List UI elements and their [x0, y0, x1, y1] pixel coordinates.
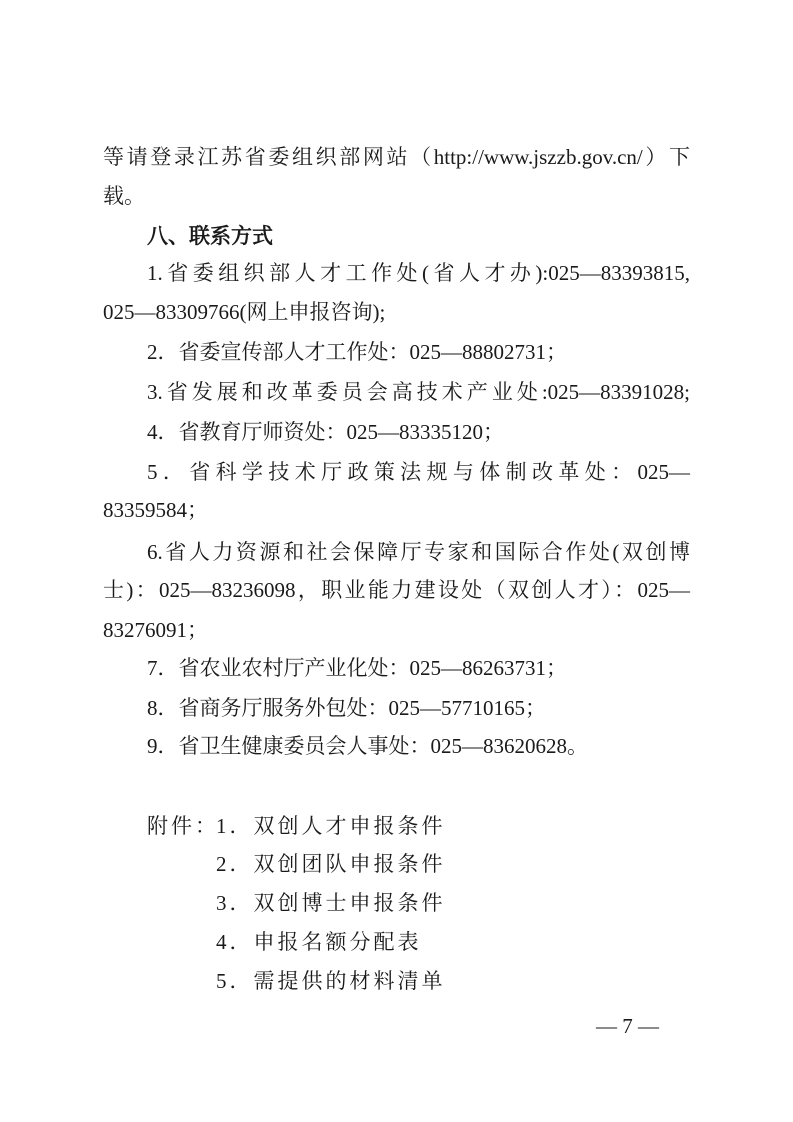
attachment-item-2: 2．双创团队申报条件: [216, 849, 446, 879]
paragraph-line: 载。: [103, 181, 690, 211]
contact-item-7: 7．省农业农村厅产业化处：025—86263731；: [147, 653, 690, 683]
page-number: — 7 —: [596, 1011, 659, 1041]
contact-item-1-cont: 025—83309766(网上申报咨询);: [103, 297, 690, 327]
contact-item-5: 5．省科学技术厅政策法规与体制改革处：025—: [147, 457, 690, 487]
contact-item-4: 4．省教育厅师资处：025—83335120；: [147, 417, 690, 447]
attachments-label: 附件：: [147, 811, 219, 841]
attachment-item-1: 1．双创人才申报条件: [216, 811, 446, 841]
contact-item-8: 8．省商务厅服务外包处：025—57710165；: [147, 693, 690, 723]
contact-item-5-cont: 83359584；: [103, 495, 690, 525]
contact-item-2: 2．省委宣传部人才工作处：025—88802731；: [147, 337, 690, 367]
contact-item-9: 9．省卫生健康委员会人事处：025—83620628。: [147, 731, 690, 761]
attachment-item-4: 4．申报名额分配表: [216, 927, 422, 957]
attachment-item-5: 5．需提供的材料清单: [216, 966, 446, 996]
attachment-item-3: 3．双创博士申报条件: [216, 888, 446, 918]
contact-item-6: 6.省人力资源和社会保障厅专家和国际合作处(双创博: [147, 537, 690, 567]
contact-item-6-cont: 士)：025—83236098，职业能力建设处（双创人才）：025—: [103, 575, 690, 605]
contact-item-3: 3.省发展和改革委员会高技术产业处:025—83391028;: [147, 377, 690, 407]
section-heading: 八、联系方式: [147, 221, 690, 251]
paragraph-line: 等请登录江苏省委组织部网站（http://www.jszzb.gov.cn/）下: [103, 142, 690, 172]
contact-item-6-cont2: 83276091；: [103, 615, 690, 645]
contact-item-1: 1.省委组织部人才工作处(省人才办):025—83393815,: [147, 258, 690, 288]
